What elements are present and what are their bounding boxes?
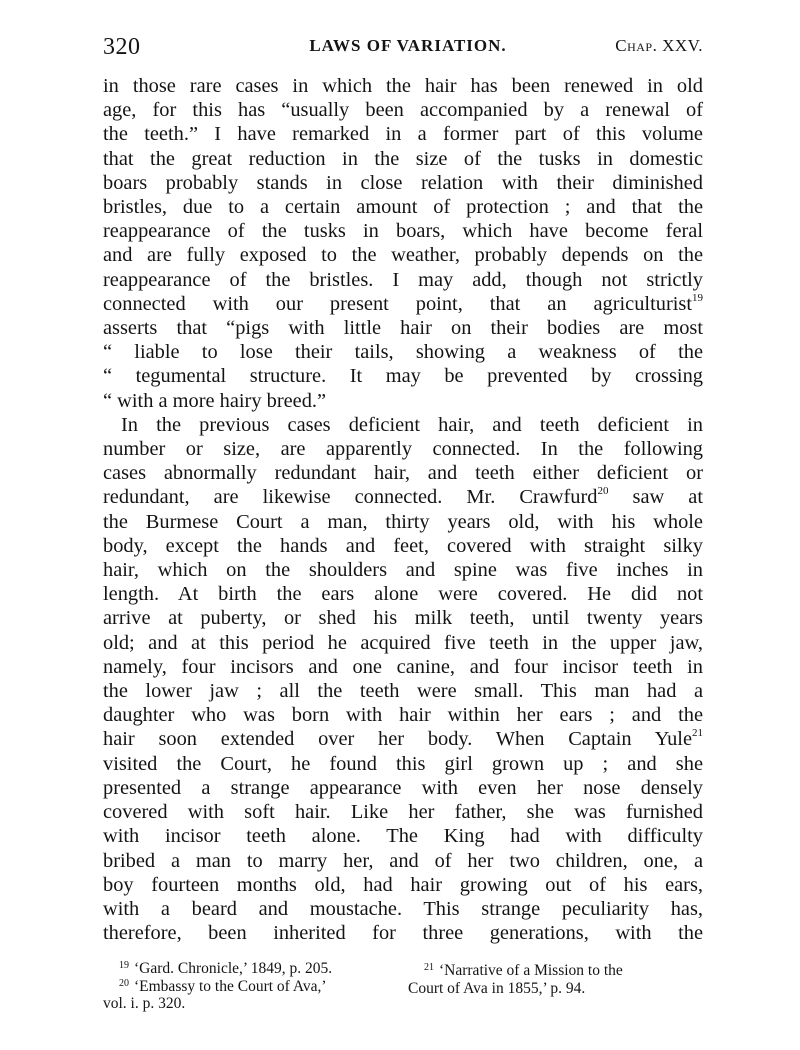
text-line: hair soon extended over her body. When C… [103,727,703,751]
line-text: cases abnormally redundant hair, and tee… [103,462,703,484]
chapter-label: Chap. XXV. [615,36,703,56]
line-text: hair soon extended over her body. When C… [103,728,692,750]
text-line: hair, which on the shoulders and spine w… [103,558,703,582]
text-line: age, for this has “usually been accompan… [103,98,703,122]
text-line: body, except the hands and feet, covered… [103,534,703,558]
footnote-21: 21‘Narrative of a Mission to the [408,962,703,980]
line-text-after: saw at [608,486,703,508]
line-text: that the great reduction in the size of … [103,148,703,170]
text-line: the lower jaw ; all the teeth were small… [103,679,703,703]
footnote-reference: 21 [692,727,703,739]
line-text: number or size, are apparently connected… [103,438,703,460]
text-line: reappearance of the tusks in boars, whic… [103,219,703,243]
line-text: “ liable to lose their tails, showing a … [103,341,703,363]
line-text: in those rare cases in which the hair ha… [103,75,703,97]
line-text: redundant, are likewise connected. Mr. C… [103,486,597,508]
line-text: boars probably stands in close relation … [103,172,703,194]
text-line: with incisor teeth alone. The King had w… [103,824,703,848]
footnote-reference: 20 [597,485,608,497]
line-text: the lower jaw ; all the teeth were small… [103,680,703,702]
footnote-text: ‘Narrative of a Mission to the [439,962,623,979]
line-text: hair, which on the shoulders and spine w… [103,559,703,581]
footnote-mark: 20 [119,978,129,989]
text-line: with a beard and moustache. This strange… [103,897,703,921]
footnote-21-continued: Court of Ava in 1855,’ p. 94. [408,980,703,998]
line-text: daughter who was born with hair within h… [103,704,703,726]
line-text: with incisor teeth alone. The King had w… [103,825,703,847]
text-line: presented a strange appearance with even… [103,776,703,800]
line-text: connected with our present point, that a… [103,293,692,315]
text-line: therefore, been inherited for three gene… [103,921,703,945]
line-text: bribed a man to marry her, and of her tw… [103,850,703,872]
footnote-text: ‘Gard. Chronicle,’ 1849, p. 205. [134,960,332,977]
footnote-column-right: 21‘Narrative of a Mission to the Court o… [408,960,703,1013]
text-line: bristles, due to a certain amount of pro… [103,195,703,219]
text-line: that the great reduction in the size of … [103,147,703,171]
text-line: the teeth.” I have remarked in a former … [103,122,703,146]
line-text: therefore, been inherited for three gene… [103,922,703,944]
footnote-column-left: 19‘Gard. Chronicle,’ 1849, p. 205. 20‘Em… [103,960,403,1013]
line-text: length. At birth the ears alone were cov… [103,583,703,605]
line-text: presented a strange appearance with even… [103,777,703,799]
line-text: the Burmese Court a man, thirty years ol… [103,511,703,533]
text-line: number or size, are apparently connected… [103,437,703,461]
line-text: the teeth.” I have remarked in a former … [103,123,703,145]
text-line: In the previous cases deficient hair, an… [103,413,703,437]
line-text: “ tegumental structure. It may be preven… [103,365,703,387]
text-line: in those rare cases in which the hair ha… [103,74,703,98]
text-line: namely, four incisors and one canine, an… [103,655,703,679]
text-line: boy fourteen months old, had hair growin… [103,873,703,897]
running-title: LAWS OF VARIATION. [103,36,703,56]
line-text: old; and at this period he acquired five… [103,632,703,654]
line-text: covered with soft hair. Like her father,… [103,801,703,823]
line-text: visited the Court, he found this girl gr… [103,753,703,775]
line-text: bristles, due to a certain amount of pro… [103,196,703,218]
text-line: connected with our present point, that a… [103,292,703,316]
text-line: old; and at this period he acquired five… [103,631,703,655]
text-line: asserts that “pigs with little hair on t… [103,316,703,340]
text-line: boars probably stands in close relation … [103,171,703,195]
text-line: daughter who was born with hair within h… [103,703,703,727]
line-text: “ with a more hairy breed.” [103,390,326,412]
footnote-20: 20‘Embassy to the Court of Ava,’ [103,978,403,996]
footnote-20-continued: vol. i. p. 320. [103,995,403,1013]
footnotes: 19‘Gard. Chronicle,’ 1849, p. 205. 20‘Em… [103,960,703,1013]
text-line: “ liable to lose their tails, showing a … [103,340,703,364]
line-text: namely, four incisors and one canine, an… [103,656,703,678]
text-line: “ tegumental structure. It may be preven… [103,364,703,388]
book-page: 320 LAWS OF VARIATION. Chap. XXV. in tho… [103,30,703,945]
footnote-text: ‘Embassy to the Court of Ava,’ [134,978,327,995]
line-text: reappearance of the tusks in boars, whic… [103,220,703,242]
line-text: reappearance of the bristles. I may add,… [103,269,703,291]
text-line: arrive at puberty, or shed his milk teet… [103,606,703,630]
line-text: In the previous cases deficient hair, an… [121,414,703,436]
text-line: redundant, are likewise connected. Mr. C… [103,485,703,509]
text-line: visited the Court, he found this girl gr… [103,752,703,776]
body-text: in those rare cases in which the hair ha… [103,74,703,945]
text-line: covered with soft hair. Like her father,… [103,800,703,824]
footnote-reference: 19 [692,292,703,304]
line-text: boy fourteen months old, had hair growin… [103,874,703,896]
text-line: reappearance of the bristles. I may add,… [103,268,703,292]
line-text: asserts that “pigs with little hair on t… [103,317,703,339]
footnote-mark: 21 [424,962,434,973]
running-head: 320 LAWS OF VARIATION. Chap. XXV. [103,30,703,66]
text-line: bribed a man to marry her, and of her tw… [103,849,703,873]
text-line: length. At birth the ears alone were cov… [103,582,703,606]
line-text: age, for this has “usually been accompan… [103,99,703,121]
footnote-mark: 19 [119,960,129,971]
footnote-19: 19‘Gard. Chronicle,’ 1849, p. 205. [103,960,403,978]
text-line: the Burmese Court a man, thirty years ol… [103,510,703,534]
text-line: and are fully exposed to the weather, pr… [103,243,703,267]
line-text: body, except the hands and feet, covered… [103,535,703,557]
line-text: with a beard and moustache. This strange… [103,898,703,920]
line-text: arrive at puberty, or shed his milk teet… [103,607,703,629]
line-text: and are fully exposed to the weather, pr… [103,244,703,266]
text-line: cases abnormally redundant hair, and tee… [103,461,703,485]
text-line: “ with a more hairy breed.” [103,389,703,413]
